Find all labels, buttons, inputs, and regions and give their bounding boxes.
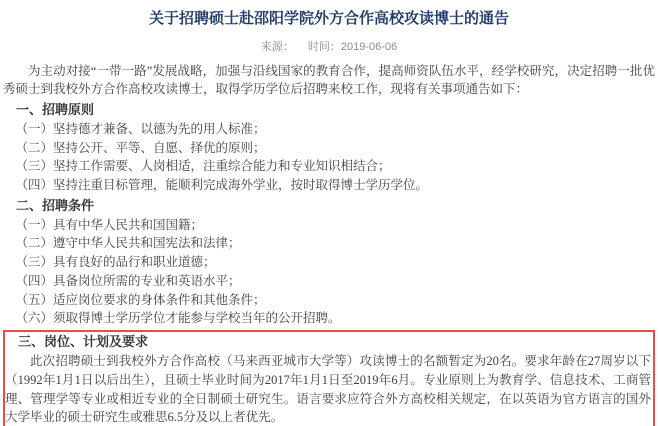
meta-time-value: 2019-06-06 — [341, 41, 397, 53]
section-heading-principles: 一、招聘原则 — [3, 101, 655, 120]
intro-paragraph: 为主动对接“一带一路”发展战略，加强与沿线国家的教育合作，提高师资队伍水平，经学… — [3, 62, 655, 100]
highlight-annotation-box: 三、岗位、计划及要求 此次招聘硕士到我校外方合作高校（马来西亚城市大学等）攻读博… — [3, 330, 655, 426]
meta-source-label: 来源： — [261, 41, 294, 53]
meta-line: 来源：时间：2019-06-06 — [3, 38, 655, 54]
list-item: （五）适应岗位要求的身体条件和其他条件； — [3, 291, 655, 310]
list-item: （四）具备岗位所需的专业和英语水平； — [3, 272, 655, 291]
meta-time-label: 时间： — [308, 41, 341, 53]
list-item: （三）坚持工作需要、人岗相适，注重综合能力和专业知识相结合； — [3, 157, 655, 176]
list-item: （二）坚持公开、平等、自愿、择优的原则； — [3, 139, 655, 158]
list-item: （三）具有良好的品行和职业道德； — [3, 253, 655, 272]
positions-paragraph: 此次招聘硕士到我校外方合作高校（马来西亚城市大学等）攻读博士的名额暂定为20名。… — [5, 352, 651, 426]
page-title: 关于招聘硕士赴邵阳学院外方合作高校攻读博士的通告 — [3, 9, 655, 29]
list-item: （六）须取得博士学历学位才能参与学校当年的公开招聘。 — [3, 309, 655, 328]
list-item: （二）遵守中华人民共和国宪法和法律； — [3, 234, 655, 253]
list-item: （一）坚持德才兼备、以德为先的用人标准； — [3, 120, 655, 139]
list-item: （一）具有中华人民共和国国籍； — [3, 216, 655, 235]
section-heading-positions: 三、岗位、计划及要求 — [5, 333, 651, 352]
notice-document: 关于招聘硕士赴邵阳学院外方合作高校攻读博士的通告 来源：时间：2019-06-0… — [0, 0, 660, 426]
section-heading-conditions: 二、招聘条件 — [3, 197, 655, 216]
list-item: （四）坚持注重目标管理，能顺利完成海外学业，按时取得博士学历学位。 — [3, 176, 655, 195]
